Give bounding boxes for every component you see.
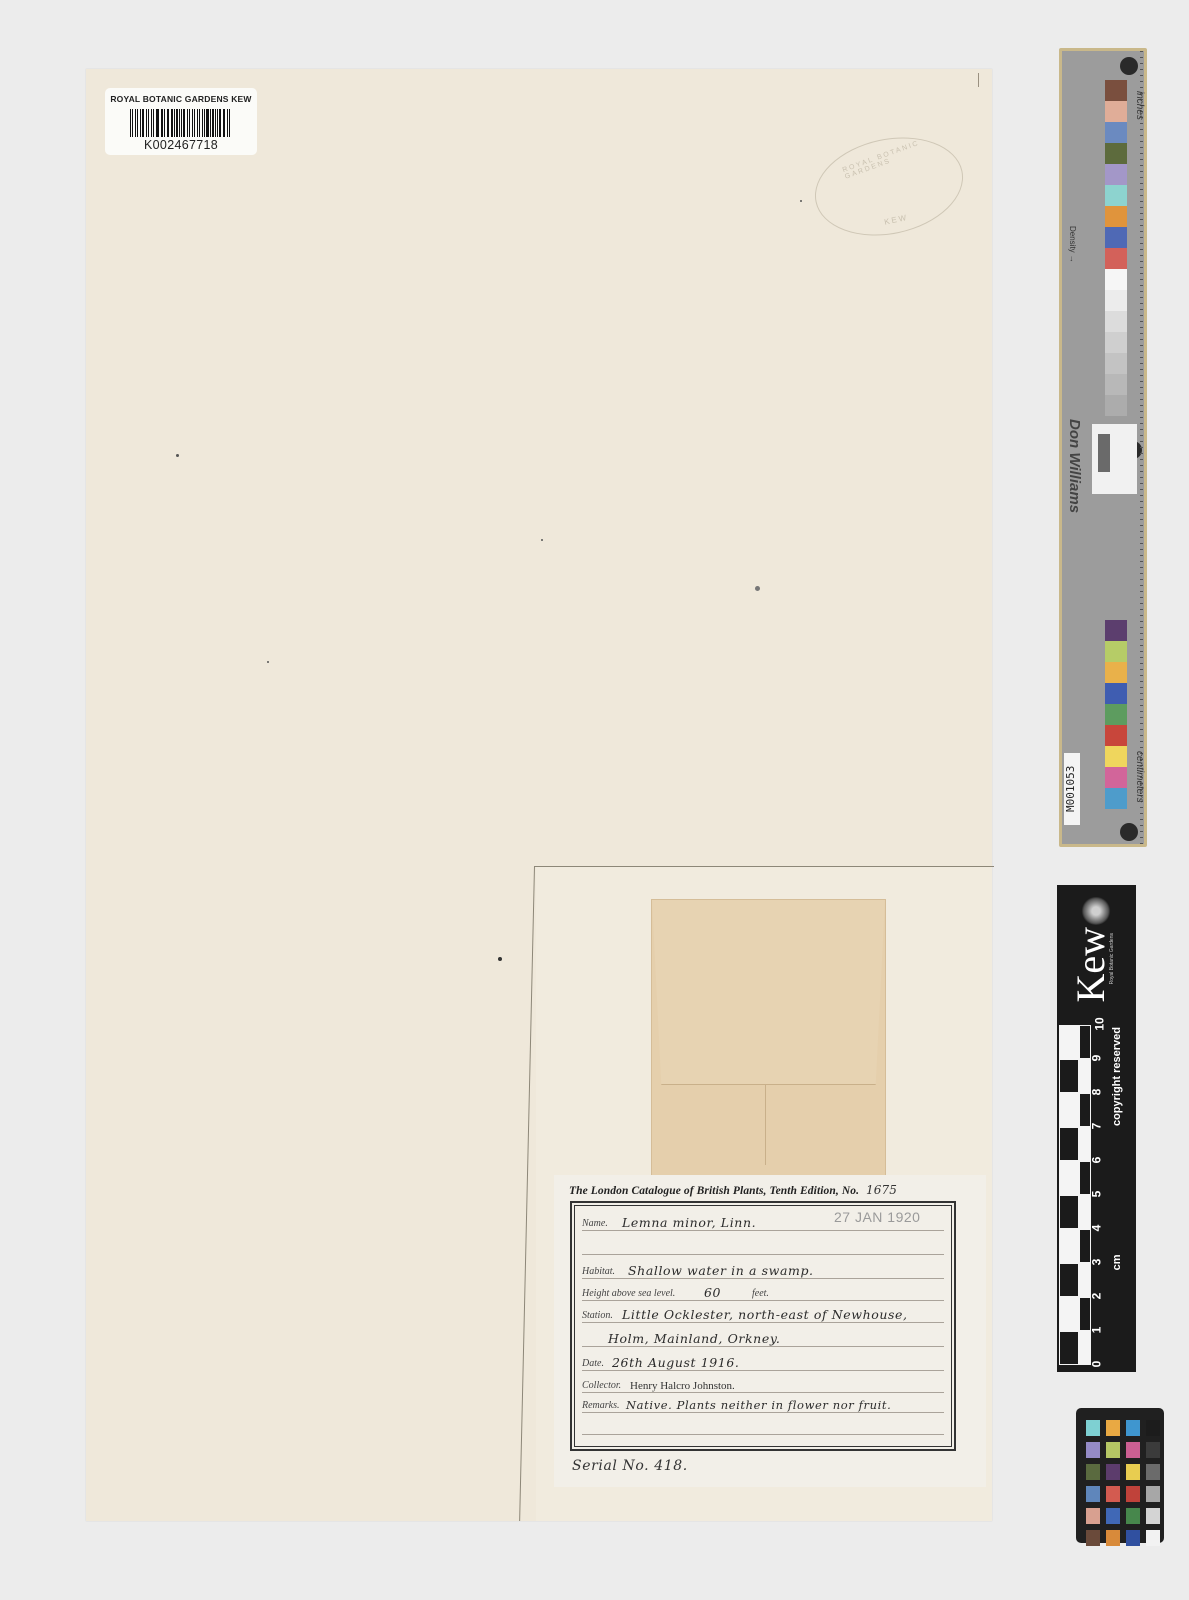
barcode-bar: [212, 109, 213, 137]
rule-hole: [1120, 823, 1138, 841]
barcode-bar: [157, 109, 158, 137]
color-swatch: [1126, 1420, 1140, 1436]
barcode-bar: [210, 109, 211, 137]
field-label: Habitat.: [582, 1266, 615, 1277]
color-swatch: [1106, 1530, 1120, 1546]
copyright-label: cm copyright reserved: [1111, 1027, 1123, 1270]
scale-check: [1059, 1263, 1079, 1297]
color-swatches-bottom: [1105, 620, 1127, 809]
color-swatch: [1146, 1486, 1160, 1502]
inches-label: inches: [1134, 91, 1145, 120]
field-value: Little Ocklester, north-east of Newhouse…: [622, 1307, 908, 1322]
field-label: Name.: [582, 1218, 608, 1229]
specimen-packet: [651, 899, 886, 1184]
rule-id: M001053: [1064, 753, 1080, 825]
barcode-bar: [151, 109, 152, 137]
color-swatch: [1106, 1486, 1120, 1502]
barcode-bar: [156, 109, 157, 137]
color-swatch: [1106, 1508, 1120, 1524]
kew-logo: Kew: [1067, 927, 1114, 1003]
barcode-bar: [174, 109, 175, 137]
color-swatch: [1126, 1530, 1140, 1546]
scale-number: 3: [1089, 1259, 1103, 1266]
barcode-bar: [202, 109, 203, 137]
speck: [267, 661, 269, 663]
barcode-bar: [223, 109, 224, 137]
color-swatch: [1086, 1420, 1100, 1436]
field-label: Date.: [582, 1358, 604, 1369]
field-value: Henry Halcro Johnston.: [630, 1380, 735, 1392]
color-swatch: [1146, 1464, 1160, 1480]
barcode-bar: [227, 109, 228, 137]
barcode-icon: [130, 109, 232, 137]
barcode-bar: [167, 109, 168, 137]
color-swatch: [1105, 248, 1127, 269]
label-fields-box: 27 JAN 1920 Name. Lemna minor, Linn. Hab…: [570, 1201, 956, 1451]
color-swatch: [1105, 725, 1127, 746]
herbarium-sheet: ROYAL BOTANIC GARDENS KEW K002467718 ROY…: [86, 69, 992, 1521]
barcode-bar: [181, 109, 182, 137]
field-station: Station. Little Ocklester, north-east of…: [582, 1303, 944, 1323]
color-swatch: [1086, 1442, 1100, 1458]
barcode-bar: [171, 109, 172, 137]
barcode-bar: [137, 109, 138, 137]
scale-number: 8: [1089, 1089, 1103, 1096]
resolution-target: [1092, 424, 1137, 494]
scale-check: [1059, 1127, 1079, 1161]
color-swatch: [1105, 80, 1127, 101]
color-swatch: [1126, 1464, 1140, 1480]
color-checker-card: [1076, 1408, 1164, 1543]
barcode-bar: [224, 109, 225, 137]
scale-number: 7: [1089, 1123, 1103, 1130]
barcode-bar: [197, 109, 198, 137]
scale-check: [1059, 1229, 1079, 1263]
brand-label: Don Williams: [1066, 419, 1083, 513]
color-swatch: [1105, 662, 1127, 683]
color-swatch: [1086, 1486, 1100, 1502]
field-value: Holm, Mainland, Orkney.: [608, 1331, 780, 1346]
pencil-line-horizontal: [534, 866, 994, 867]
color-swatch: [1105, 269, 1127, 290]
field-habitat: Habitat. Shallow water in a swamp.: [582, 1259, 944, 1279]
color-swatch: [1146, 1530, 1160, 1546]
color-swatch: [1105, 185, 1127, 206]
barcode-bar: [135, 109, 136, 137]
field-value: 60: [704, 1285, 721, 1300]
color-swatch: [1105, 641, 1127, 662]
institution-name: ROYAL BOTANIC GARDENS KEW: [105, 94, 257, 104]
barcode-bar: [146, 109, 147, 137]
barcode-bar: [179, 109, 180, 137]
color-swatch: [1146, 1508, 1160, 1524]
scale-number: 10: [1093, 1017, 1107, 1030]
field-name: Name. Lemna minor, Linn.: [582, 1211, 944, 1231]
speck: [498, 957, 502, 961]
scale-check: [1059, 1195, 1079, 1229]
field-blank: [582, 1435, 944, 1455]
barcode-bar: [187, 109, 188, 137]
barcode-bar: [140, 109, 141, 137]
scale-number: 6: [1089, 1157, 1103, 1164]
color-swatch: [1105, 353, 1127, 374]
color-swatch: [1105, 746, 1127, 767]
color-swatch: [1105, 290, 1127, 311]
color-calibration-rule: inches centimeters Don Williams Density …: [1059, 48, 1147, 847]
color-swatch: [1105, 227, 1127, 248]
kew-scale-bar: Kew Royal Botanic Gardens cm copyright r…: [1057, 885, 1136, 1372]
barcode-bar: [183, 109, 185, 137]
barcode-bar: [132, 109, 133, 137]
color-swatch: [1146, 1442, 1160, 1458]
color-swatch: [1105, 683, 1127, 704]
speck: [755, 586, 760, 591]
color-swatch: [1105, 395, 1127, 416]
scale-check: [1059, 1331, 1079, 1365]
field-height: Height above sea level. 60 feet.: [582, 1281, 944, 1301]
color-swatch: [1105, 767, 1127, 788]
rule-hole: [1120, 57, 1138, 75]
scale-check: [1059, 1297, 1079, 1331]
scale-number: 2: [1089, 1293, 1103, 1300]
barcode-bar: [219, 109, 220, 137]
color-swatch: [1105, 143, 1127, 164]
catalogue-label: The London Catalogue of British Plants, …: [554, 1175, 986, 1487]
color-swatch: [1105, 206, 1127, 227]
scale-number: 5: [1089, 1191, 1103, 1198]
barcode-bar: [189, 109, 190, 137]
field-blank: [582, 1415, 944, 1435]
scale-number: 1: [1089, 1327, 1103, 1334]
scale-number: 4: [1089, 1225, 1103, 1232]
barcode-bar: [215, 109, 216, 137]
barcode-bar: [194, 109, 195, 137]
cm-scale-numbers: 012345678910: [1091, 1025, 1111, 1365]
color-swatch: [1105, 332, 1127, 353]
pencil-line-vertical: [519, 866, 535, 1521]
speck: [541, 539, 543, 541]
color-swatch: [1105, 620, 1127, 641]
kew-subtitle: Royal Botanic Gardens: [1109, 933, 1115, 984]
barcode-bar: [148, 109, 149, 137]
barcode-bar: [204, 109, 205, 137]
field-label: Collector.: [582, 1380, 621, 1391]
catalogue-number: 1675: [866, 1183, 897, 1197]
color-swatch: [1126, 1486, 1140, 1502]
scale-number: 9: [1089, 1055, 1103, 1062]
field-blank: [582, 1235, 944, 1255]
embossed-stamp: ROYAL BOTANIC GARDENS KEW: [806, 124, 972, 248]
barcode-number: K002467718: [105, 138, 257, 152]
label-title-text: The London Catalogue of British Plants, …: [569, 1185, 859, 1197]
color-swatch: [1105, 122, 1127, 143]
stamp-top-text: ROYAL BOTANIC GARDENS: [842, 128, 956, 181]
barcode-bar: [229, 109, 230, 137]
color-swatch: [1086, 1464, 1100, 1480]
barcode-bar: [153, 109, 154, 137]
field-label: Height above sea level.: [582, 1288, 675, 1299]
color-swatches-top: [1105, 80, 1127, 416]
field-value: Native. Plants neither in flower nor fru…: [626, 1398, 891, 1412]
packet-fold: [765, 1085, 766, 1165]
stamp-bottom-text: KEW: [883, 213, 909, 227]
scale-check: [1059, 1161, 1079, 1195]
packet-flap: [652, 900, 885, 1085]
serial-number: Serial No. 418.: [572, 1458, 688, 1474]
density-label: Density →: [1068, 226, 1077, 263]
barcode-bar: [130, 109, 131, 137]
field-value: Lemna minor, Linn.: [622, 1215, 756, 1230]
field-collector: Collector. Henry Halcro Johnston.: [582, 1373, 944, 1393]
scale-check: [1059, 1093, 1079, 1127]
speck: [176, 454, 179, 457]
color-swatch: [1126, 1442, 1140, 1458]
barcode-bar: [199, 109, 200, 137]
color-swatch: [1126, 1508, 1140, 1524]
barcode-bar: [161, 109, 163, 137]
color-swatch: [1105, 788, 1127, 809]
barcode-bar: [192, 109, 193, 137]
color-swatch: [1106, 1420, 1120, 1436]
color-swatch: [1086, 1508, 1100, 1524]
label-title: The London Catalogue of British Plants, …: [569, 1183, 897, 1197]
color-swatch: [1146, 1420, 1160, 1436]
barcode-bar: [164, 109, 165, 137]
barcode-label: ROYAL BOTANIC GARDENS KEW K002467718: [105, 88, 257, 155]
color-swatch: [1106, 1442, 1120, 1458]
scale-check: [1059, 1059, 1079, 1093]
color-swatch: [1086, 1530, 1100, 1546]
kew-crest-icon: [1081, 897, 1111, 925]
speck: [800, 200, 802, 202]
color-swatch: [1105, 704, 1127, 725]
barcode-bar: [142, 109, 144, 137]
field-label: Station.: [582, 1310, 613, 1321]
field-label: Remarks.: [582, 1400, 620, 1411]
field-station-cont: Holm, Mainland, Orkney.: [582, 1327, 944, 1347]
field-unit: feet.: [752, 1288, 769, 1299]
centimeters-label: centimeters: [1134, 751, 1145, 803]
barcode-bar: [217, 109, 218, 137]
barcode-bar: [168, 109, 169, 137]
field-value: Shallow water in a swamp.: [628, 1263, 814, 1278]
barcode-bar: [206, 109, 208, 137]
color-swatch: [1105, 374, 1127, 395]
scale-check: [1059, 1025, 1079, 1059]
field-date: Date. 26th August 1916.: [582, 1351, 944, 1371]
barcode-bar: [176, 109, 177, 137]
color-swatch: [1105, 164, 1127, 185]
color-swatch: [1105, 311, 1127, 332]
color-swatch: [1106, 1464, 1120, 1480]
ruler-ticks: [1140, 51, 1143, 844]
field-value: 26th August 1916.: [612, 1355, 739, 1370]
corner-pencil-mark: [978, 73, 982, 87]
field-remarks: Remarks. Native. Plants neither in flowe…: [582, 1393, 944, 1413]
color-swatch: [1105, 101, 1127, 122]
scale-number: 0: [1089, 1361, 1103, 1368]
